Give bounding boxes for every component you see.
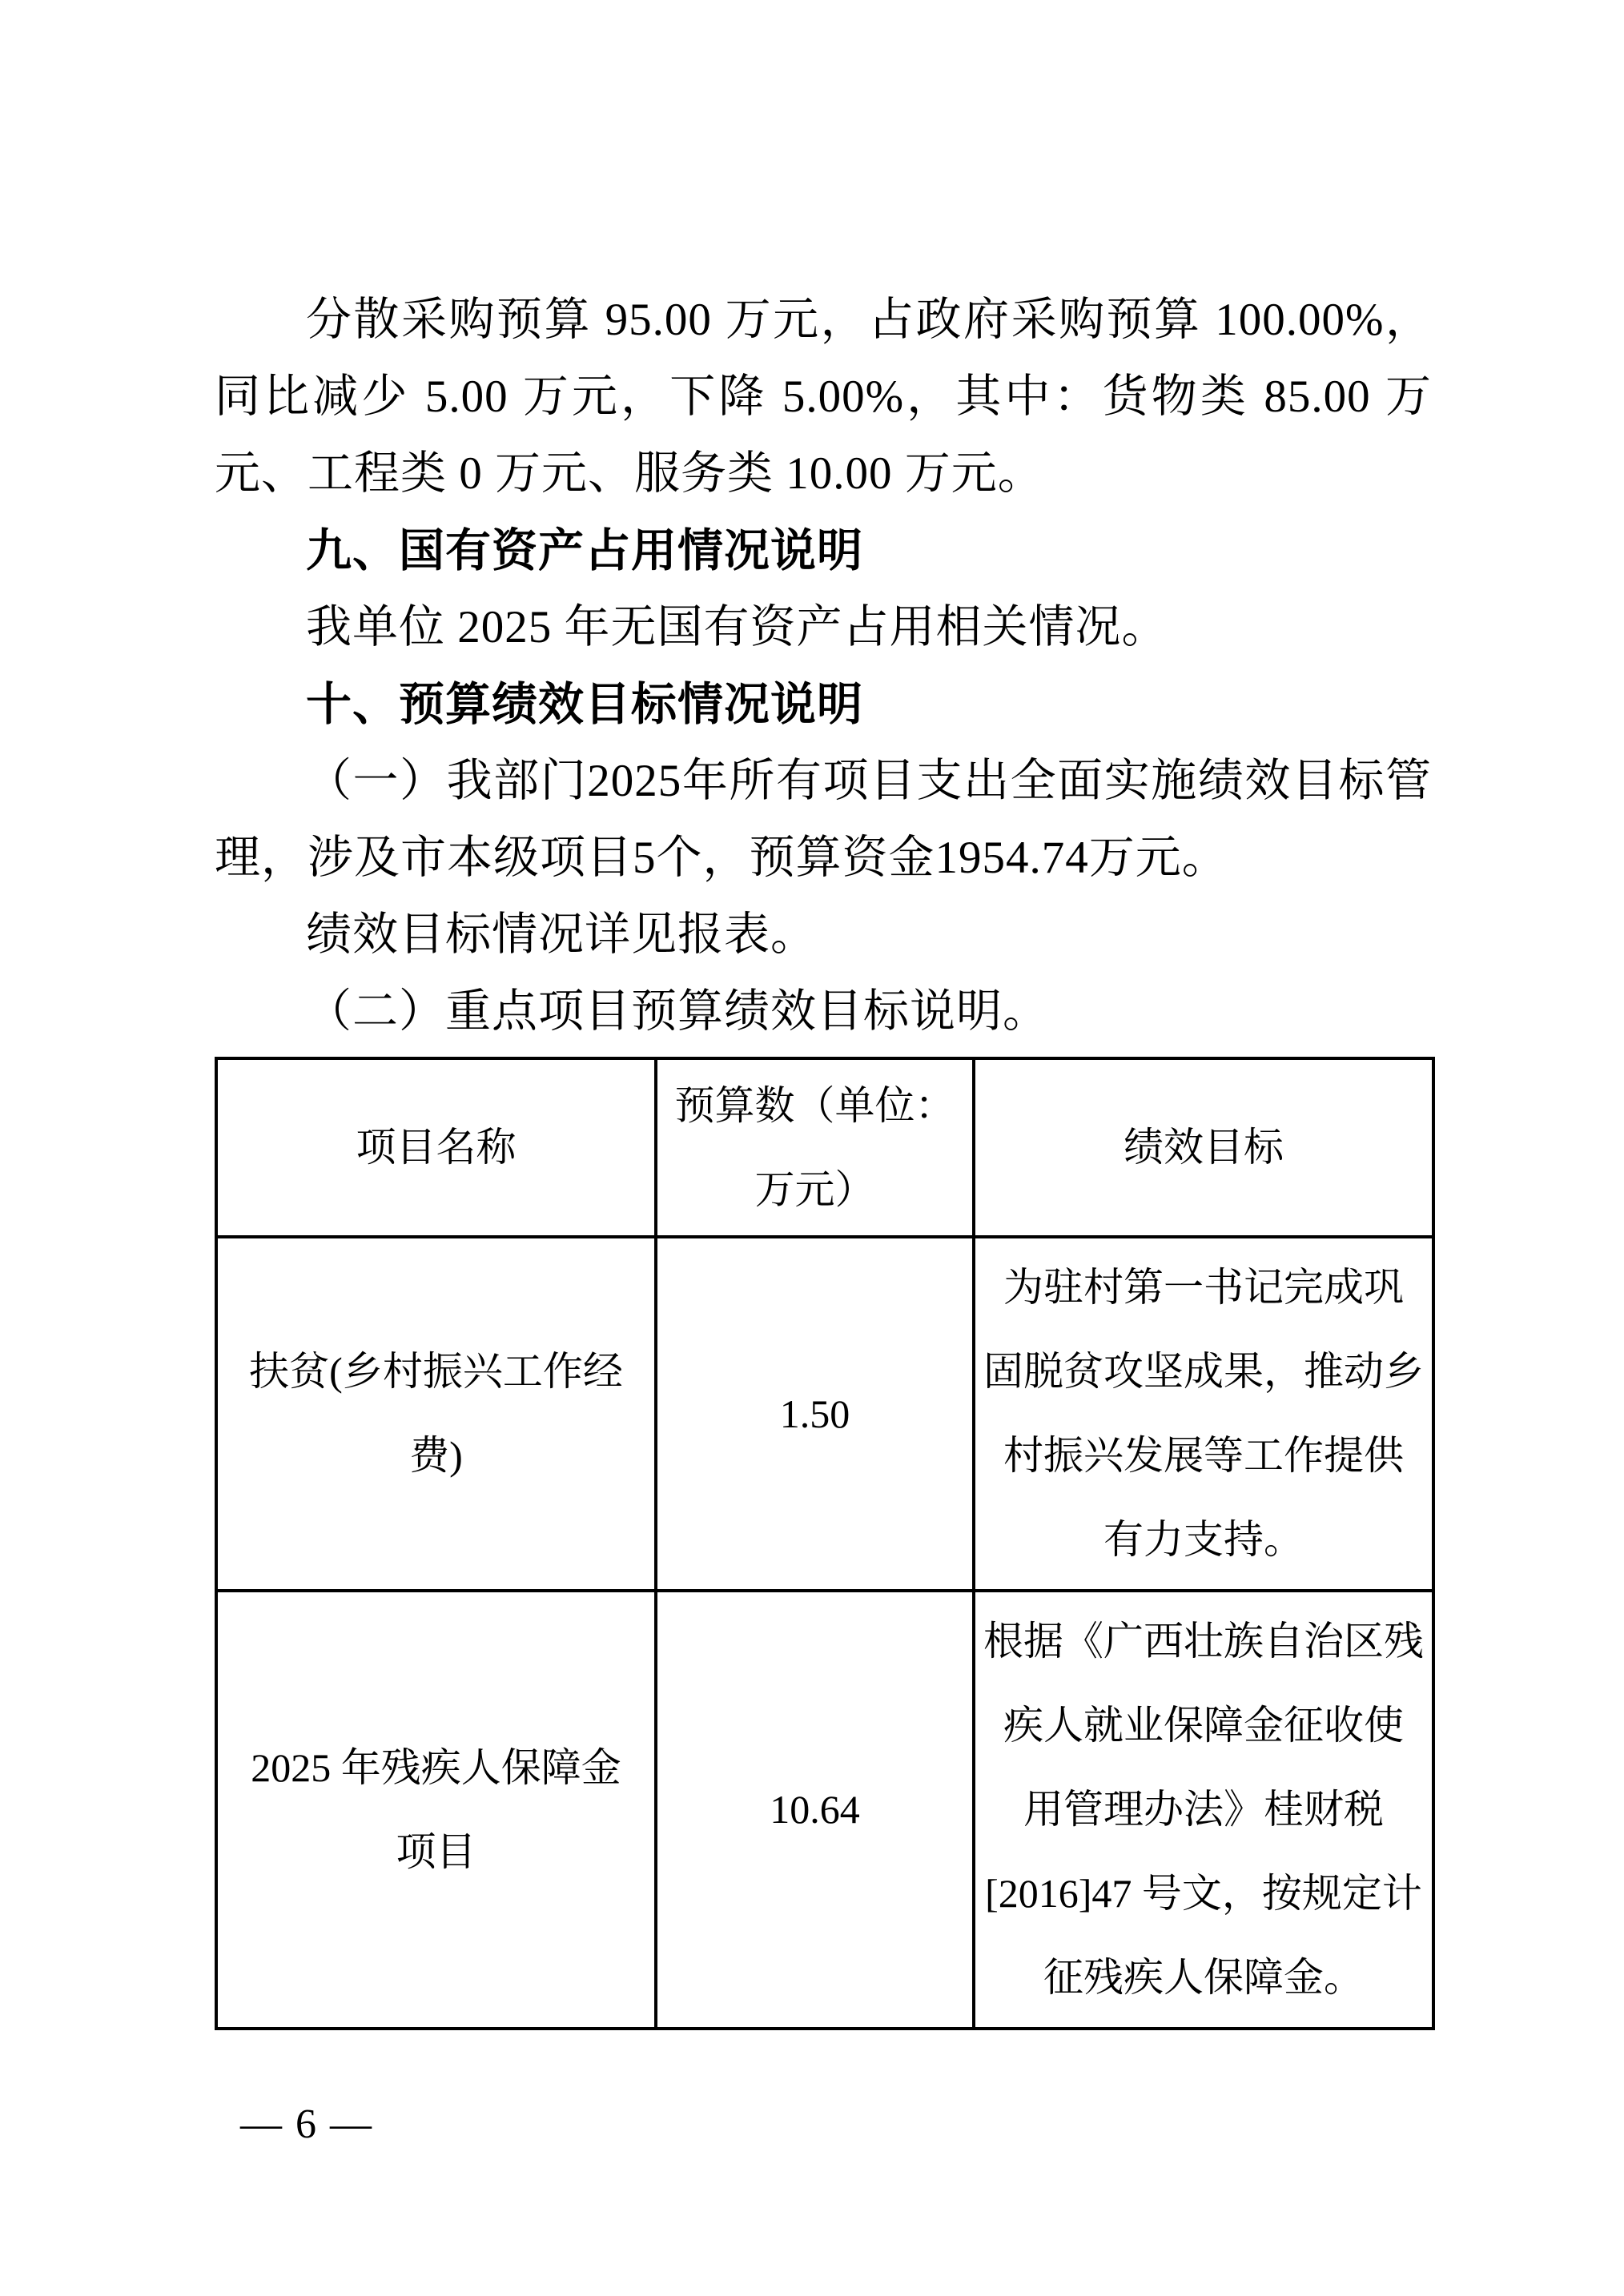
cell-project-name: 扶贫(乡村振兴工作经 费) — [216, 1237, 656, 1591]
cell-performance-target: 为驻村第一书记完成巩 固脱贫攻坚成果，推动乡 村振兴发展等工作提供 有力支持。 — [974, 1237, 1433, 1591]
table-row: 2025 年残疾人保障金 项目 10.64 根据《广西壮族自治区残 疾人就业保障… — [216, 1591, 1433, 2029]
cell-project-name: 2025 年残疾人保障金 项目 — [216, 1591, 656, 2029]
document-content: 分散采购预算 95.00 万元，占政府采购预算 100.00%，同比减少 5.0… — [215, 282, 1432, 2030]
page-number: — 6 — — [240, 2086, 373, 2163]
item1-paragraph: （一）我部门2025年所有项目支出全面实施绩效目标管理，涉及市本级项目5个，预算… — [215, 743, 1432, 897]
document-page: 分散采购预算 95.00 万元，占政府采购预算 100.00%，同比减少 5.0… — [0, 0, 1624, 2296]
column-header-project-name: 项目名称 — [216, 1058, 656, 1237]
column-header-performance-target: 绩效目标 — [974, 1058, 1433, 1237]
table-header-row: 项目名称 预算数（单位： 万元） 绩效目标 — [216, 1058, 1433, 1237]
section10-heading: 十、预算绩效目标情况说明 — [215, 666, 1432, 743]
performance-target-table: 项目名称 预算数（单位： 万元） 绩效目标 扶贫(乡村振兴工作经 费) 1.50… — [215, 1057, 1435, 2030]
cell-budget: 10.64 — [656, 1591, 974, 2029]
column-header-budget: 预算数（单位： 万元） — [656, 1058, 974, 1237]
table-row: 扶贫(乡村振兴工作经 费) 1.50 为驻村第一书记完成巩 固脱贫攻坚成果，推动… — [216, 1237, 1433, 1591]
item1-note: 绩效目标情况详见报表。 — [215, 897, 1432, 973]
cell-performance-target: 根据《广西壮族自治区残 疾人就业保障金征收使 用管理办法》桂财税 [2016]4… — [974, 1591, 1433, 2029]
cell-budget: 1.50 — [656, 1237, 974, 1591]
section9-body: 我单位 2025 年无国有资产占用相关情况。 — [215, 589, 1432, 666]
item2-paragraph: （二）重点项目预算绩效目标说明。 — [215, 973, 1432, 1050]
section9-heading: 九、国有资产占用情况说明 — [215, 512, 1432, 589]
paragraph-procurement: 分散采购预算 95.00 万元，占政府采购预算 100.00%，同比减少 5.0… — [215, 282, 1432, 512]
